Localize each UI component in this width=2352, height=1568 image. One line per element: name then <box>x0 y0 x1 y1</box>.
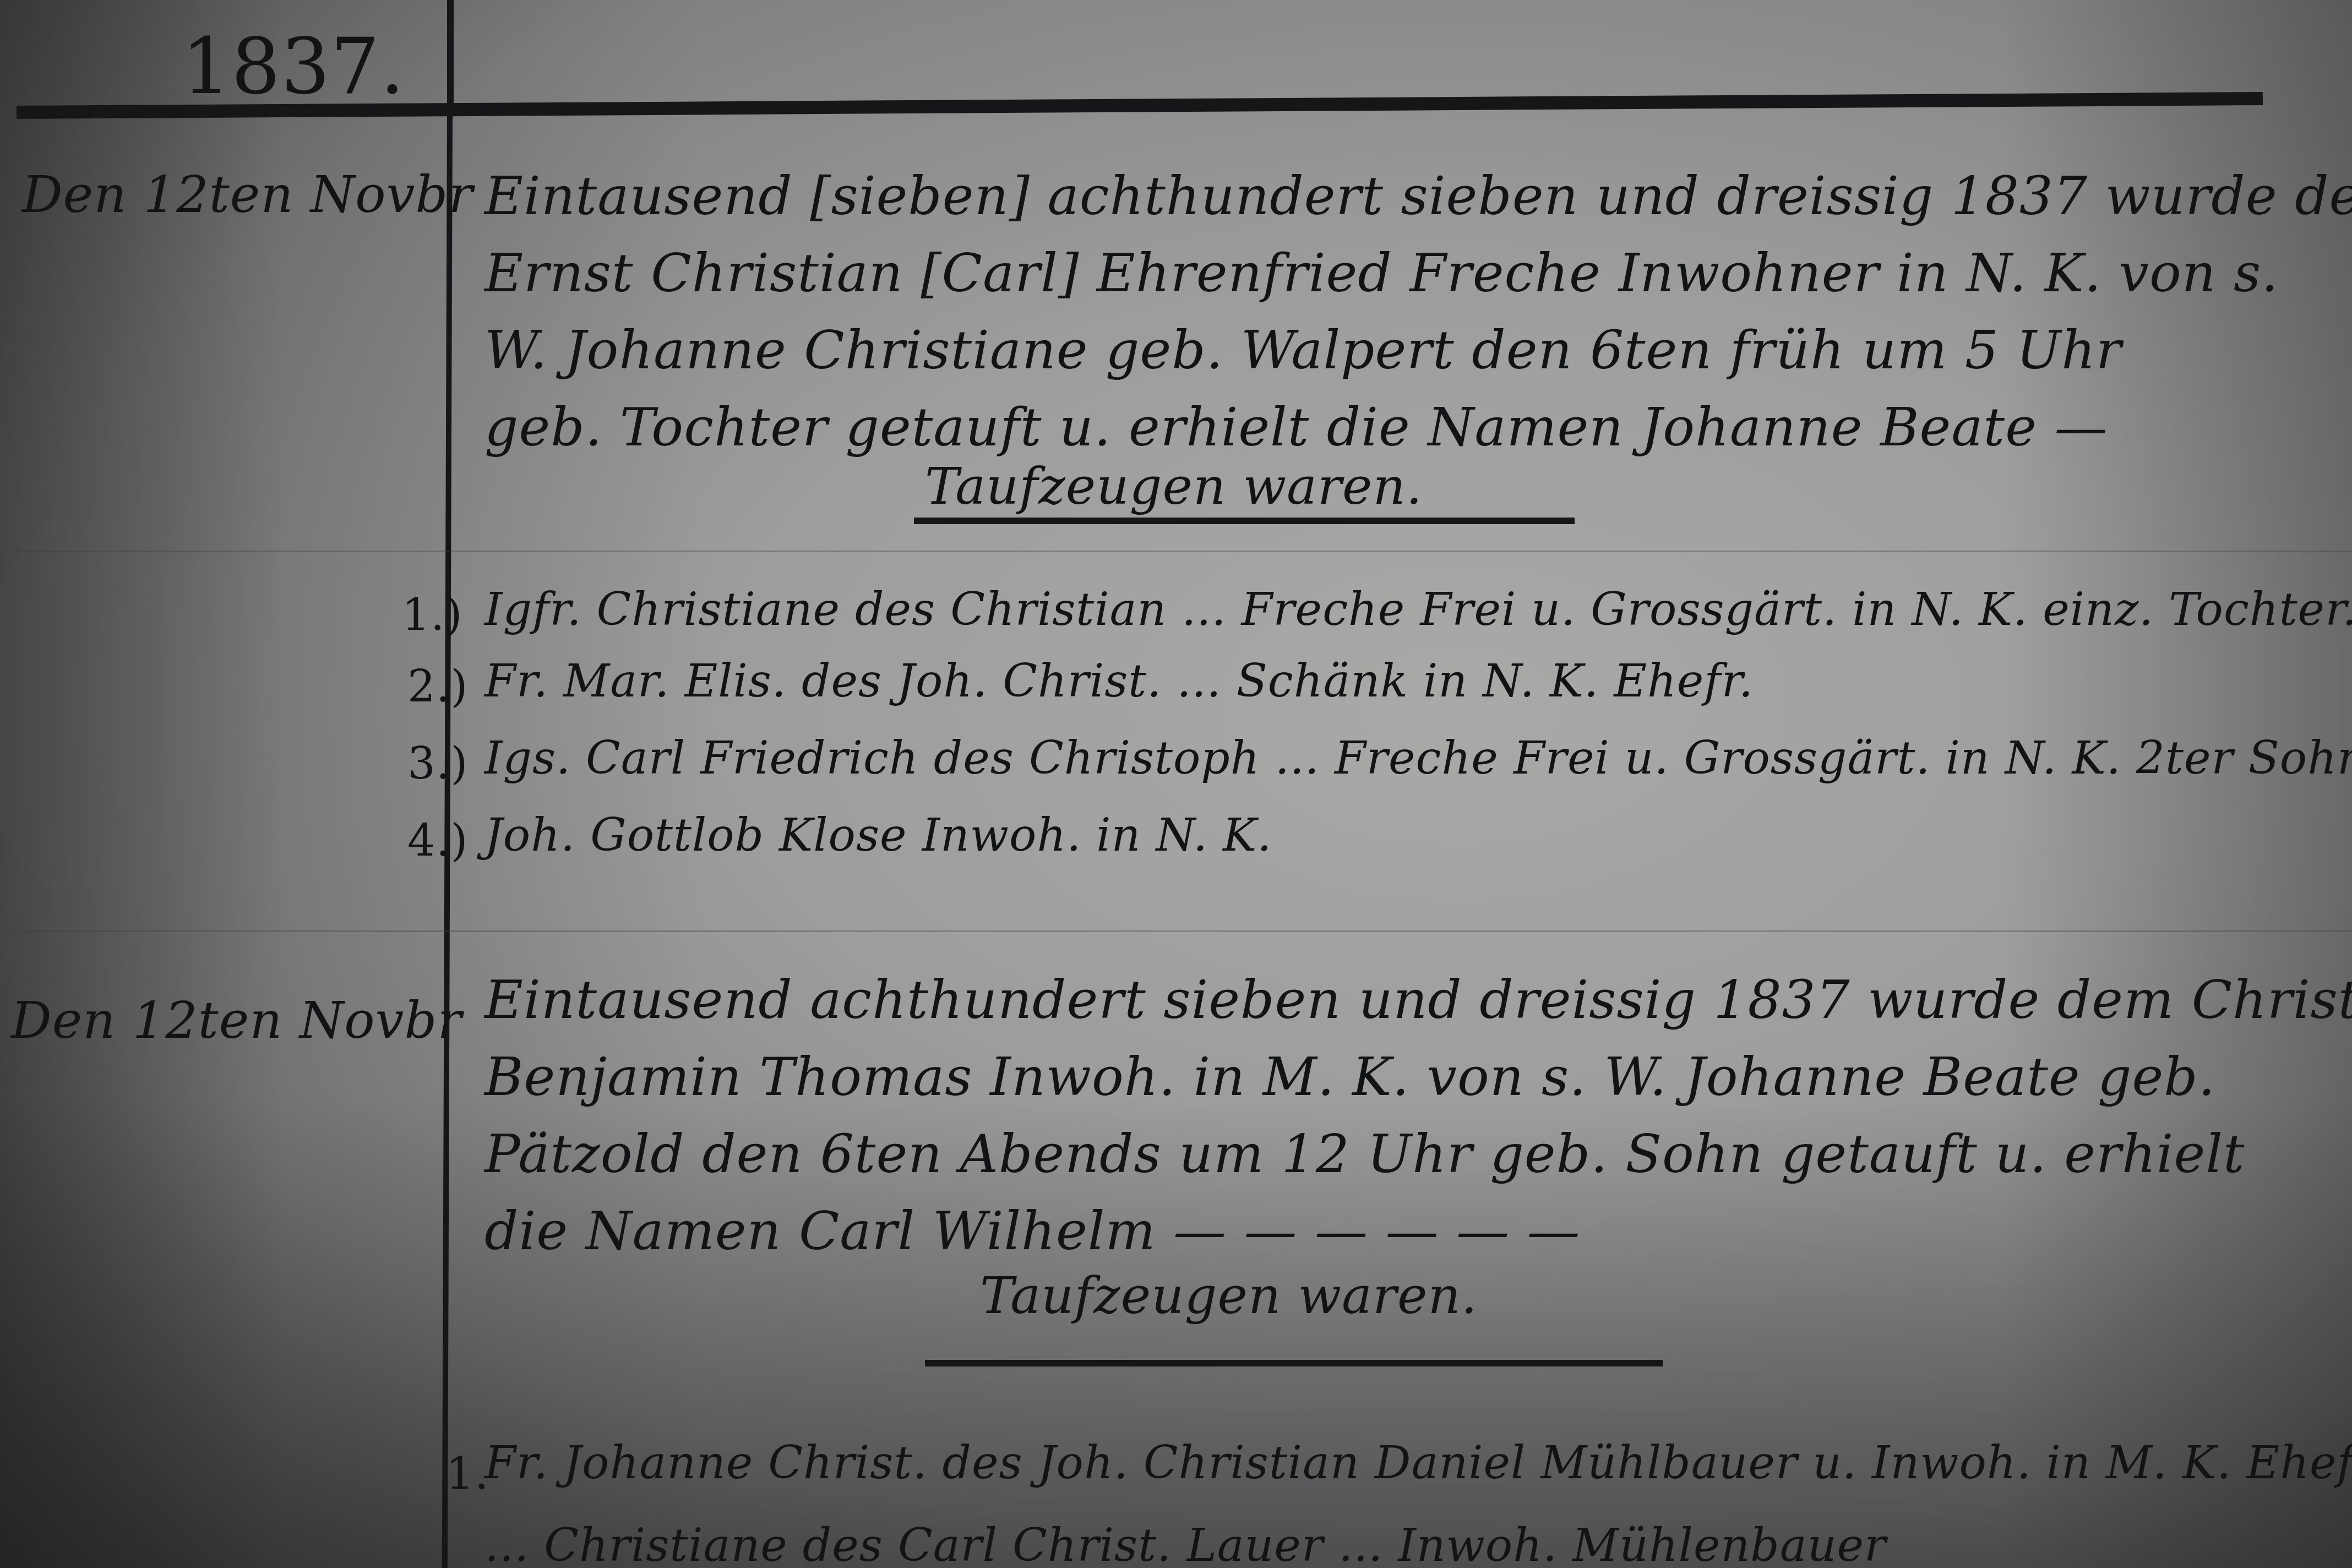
entry-text-line: Eintausend achthundert sieben und dreiss… <box>484 969 2352 1031</box>
witness-heading-underline <box>925 1360 1663 1366</box>
witness-number: 1. <box>446 1448 489 1499</box>
witness-heading-underline <box>914 518 1575 524</box>
witness-line: Joh. Gottlob Klose Inwoh. in N. K. <box>484 809 1272 862</box>
witness-line: Igs. Carl Friedrich des Christoph ... Fr… <box>484 732 2352 785</box>
entry-text-line: geb. Tochter getauft u. erhielt die Name… <box>484 396 2108 458</box>
entry-date: Den 12ten Novbr <box>11 991 462 1050</box>
witness-number: 2.) <box>407 661 469 712</box>
entry-date: Den 12ten Novbr <box>22 165 473 224</box>
entry-text-line: die Namen Carl Wilhelm — — — — — — <box>484 1200 1581 1262</box>
witness-line: Igfr. Christiane des Christian ... Frech… <box>484 584 2352 636</box>
entry-text-line: Eintausend [sieben] achthundert sieben u… <box>484 165 2352 227</box>
entry-text-line: Benjamin Thomas Inwoh. in M. K. von s. W… <box>484 1046 2215 1108</box>
entry-text-line: Pätzold den 6ten Abends um 12 Uhr geb. S… <box>484 1123 2245 1185</box>
entry-text-line: W. Johanne Christiane geb. Walpert den 6… <box>484 319 2122 381</box>
faint-ruled-line <box>0 551 2352 552</box>
witness-number: 4.) <box>407 815 469 866</box>
year-header: 1837. <box>182 22 405 112</box>
witness-number: 1.) <box>402 589 463 640</box>
witness-line: Fr. Johanne Christ. des Joh. Christian D… <box>484 1437 2352 1489</box>
header-column-divider <box>447 0 454 116</box>
faint-ruled-line <box>0 930 2352 932</box>
witness-heading: Taufzeugen waren. <box>980 1266 1478 1325</box>
entry-text-line: Ernst Christian [Carl] Ehrenfried Freche… <box>484 242 2279 304</box>
witness-line: Fr. Mar. Elis. des Joh. Christ. ... Schä… <box>484 655 1754 707</box>
witness-heading: Taufzeugen waren. <box>925 457 1423 516</box>
witness-number: 3.) <box>407 738 469 789</box>
entry-text-line-1: Eintausend [sieben] achthundert sieben u… <box>484 165 2352 227</box>
witness-line: ... Christiane des Carl Christ. Lauer ..… <box>484 1520 1886 1568</box>
